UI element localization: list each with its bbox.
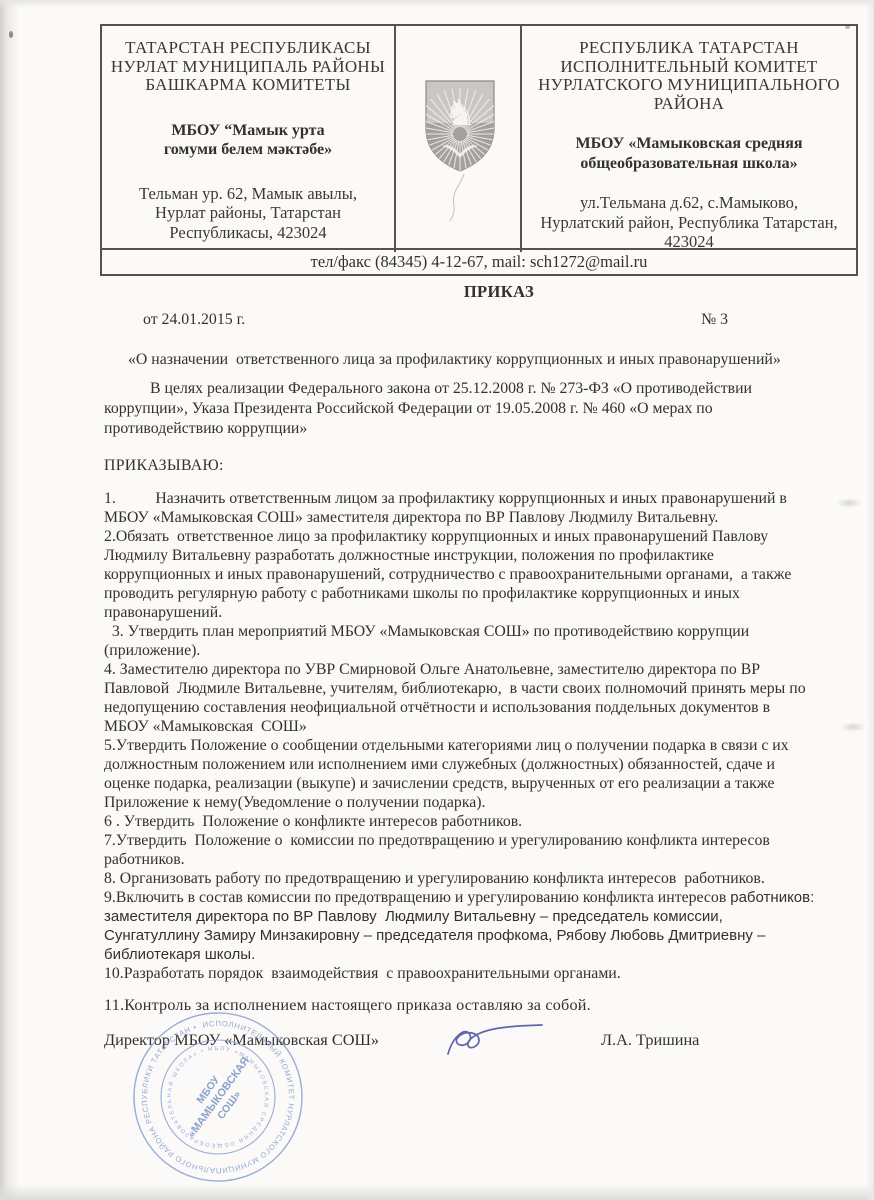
order-item-text: 3. Утвердить план мероприятий МБОУ «Мамы…	[104, 623, 753, 659]
white-horse-icon: ♞	[444, 93, 476, 134]
org-line: НУРЛАТ МУНИЦИПАЛЬ РАЙОНЫ	[102, 58, 394, 77]
order-item: 7.Утвердить Положение о комиссии по пред…	[104, 831, 818, 869]
scan-curl-mark	[450, 174, 464, 221]
org-line: ТАТАРСТАН РЕСПУБЛИКАСЫ	[102, 39, 394, 58]
order-item: 3. Утвердить план мероприятий МБОУ «Мамы…	[104, 622, 818, 660]
order-item: 4. Заместителю директора по УВР Смирново…	[104, 660, 818, 736]
order-item: 10.Разработать порядок взаимодействия с …	[104, 964, 818, 983]
order-item-text: 6 . Утвердить Положение о конфликте инте…	[104, 813, 522, 830]
document-page: ТАТАРСТАН РЕСПУБЛИКАСЫ НУРЛАТ МУНИЦИПАЛЬ…	[0, 0, 874, 1200]
school-name-russian: МБОУ «Мамыковская средняя общеобразовате…	[522, 134, 856, 173]
letterhead: ТАТАРСТАН РЕСПУБЛИКАСЫ НУРЛАТ МУНИЦИПАЛЬ…	[100, 24, 858, 276]
order-item-text: 10.Разработать порядок взаимодействия с …	[104, 965, 621, 982]
order-date: от 24.01.2015 г.	[143, 310, 245, 329]
address-line: 423024	[522, 232, 856, 252]
org-name-russian: РЕСПУБЛИКА ТАТАРСТАН ИСПОЛНИТЕЛЬНЫЙ КОМИ…	[522, 39, 856, 113]
order-item: 8. Организовать работу по предотвращению…	[104, 869, 818, 888]
school-name-line: гомуми белем мәктәбе»	[102, 140, 394, 160]
order-title: ПРИКАЗ	[142, 282, 856, 301]
order-meta-row: от 24.01.2015 г. № 3	[104, 310, 818, 329]
letterhead-left: ТАТАРСТАН РЕСПУБЛИКАСЫ НУРЛАТ МУНИЦИПАЛЬ…	[102, 26, 394, 252]
director-name: Л.А. Тришина	[601, 1030, 699, 1049]
order-item-text: 9.Включить в состав комиссии по предотвр…	[104, 889, 730, 906]
order-subject: «О назначении ответственного лица за про…	[104, 350, 818, 369]
org-line: ИСПОЛНИТЕЛЬНЫЙ КОМИТЕТ	[522, 58, 856, 77]
order-item-text: 5.Утвердить Положение о сообщении отдель…	[104, 737, 793, 811]
org-name-tatar: ТАТАРСТАН РЕСПУБЛИКАСЫ НУРЛАТ МУНИЦИПАЛЬ…	[102, 39, 394, 95]
org-line: БАШКАРМА КОМИТЕТЫ	[102, 76, 394, 95]
org-line: НУРЛАТСКОГО МУНИЦИПАЛЬНОГО	[522, 76, 856, 95]
scan-smudge	[836, 498, 862, 508]
order-item-text: 8. Организовать работу по предотвращению…	[104, 870, 765, 887]
org-line: РАЙОНА	[522, 95, 856, 114]
order-item: 6 . Утвердить Положение о конфликте инте…	[104, 812, 818, 831]
letterhead-emblem-cell: ♞	[394, 26, 522, 252]
order-item-text: 4. Заместителю директора по УВР Смирново…	[104, 661, 810, 735]
scanned-order-document: { "letterhead": { "left": { "org_lines":…	[0, 0, 874, 1200]
address-tatar: Тельман ур. 62, Мамык авылы, Нурлат райо…	[102, 184, 394, 243]
school-name-line: МБОУ “Мамык урта	[102, 121, 394, 141]
director-signature-icon	[444, 1016, 548, 1068]
scan-smudge	[840, 722, 866, 732]
school-name-line: МБОУ «Мамыковская средняя	[522, 134, 856, 154]
org-line: РЕСПУБЛИКА ТАТАРСТАН	[522, 39, 856, 58]
address-line: Нурлатский район, Республика Татарстан,	[522, 213, 856, 233]
order-item-text: 1. Назначить ответственным лицом за проф…	[104, 490, 791, 526]
order-item-text: 7.Утвердить Положение о комиссии по пред…	[104, 832, 774, 868]
order-item: 2.Обязать ответственное лицо за профилак…	[104, 527, 818, 622]
order-item-text: 2.Обязать ответственное лицо за профилак…	[104, 528, 795, 621]
coat-of-arms-emblem: ♞	[422, 78, 498, 228]
school-stamp: ИСПОЛНИТЕЛЬНЫЙ КОМИТЕТ НУРЛАТСКОГО МУНИЦ…	[126, 1010, 310, 1184]
order-directive: ПРИКАЗЫВАЮ:	[104, 456, 818, 475]
scan-edge-left	[0, 0, 20, 1200]
address-line: Нурлат районы, Татарстан	[102, 203, 394, 223]
order-item: 5.Утвердить Положение о сообщении отдель…	[104, 736, 818, 812]
order-number: № 3	[701, 310, 728, 329]
order-item: 1. Назначить ответственным лицом за проф…	[104, 489, 818, 527]
order-body: ПРИКАЗ от 24.01.2015 г. № 3 «О назначени…	[104, 282, 818, 1049]
order-preamble: В целях реализации Федерального закона о…	[104, 379, 818, 439]
order-item: 9.Включить в состав комиссии по предотвр…	[104, 888, 818, 964]
address-russian: ул.Тельмана д.62, с.Мамыково, Нурлатский…	[522, 193, 856, 252]
address-line: ул.Тельмана д.62, с.Мамыково,	[522, 193, 856, 213]
letterhead-right: РЕСПУБЛИКА ТАТАРСТАН ИСПОЛНИТЕЛЬНЫЙ КОМИ…	[522, 26, 856, 252]
scan-edge-right	[866, 0, 874, 1200]
scan-edge-bottom	[0, 1184, 874, 1200]
scan-speck	[9, 31, 13, 38]
school-name-line: общеобразовательная школа»	[522, 154, 856, 174]
contact-row: тел/факс (84345) 4-12-67, mail: sch1272@…	[102, 248, 856, 274]
scan-edge-top	[0, 0, 874, 8]
order-items: 1. Назначить ответственным лицом за проф…	[104, 489, 818, 983]
address-line: Республикасы, 423024	[102, 223, 394, 243]
phone-email-text: тел/факс (84345) 4-12-67, mail: sch1272@…	[311, 252, 648, 271]
address-line: Тельман ур. 62, Мамык авылы,	[102, 184, 394, 204]
letterhead-grid: ТАТАРСТАН РЕСПУБЛИКАСЫ НУРЛАТ МУНИЦИПАЛЬ…	[102, 26, 856, 248]
school-name-tatar: МБОУ “Мамык урта гомуми белем мәктәбе»	[102, 121, 394, 160]
